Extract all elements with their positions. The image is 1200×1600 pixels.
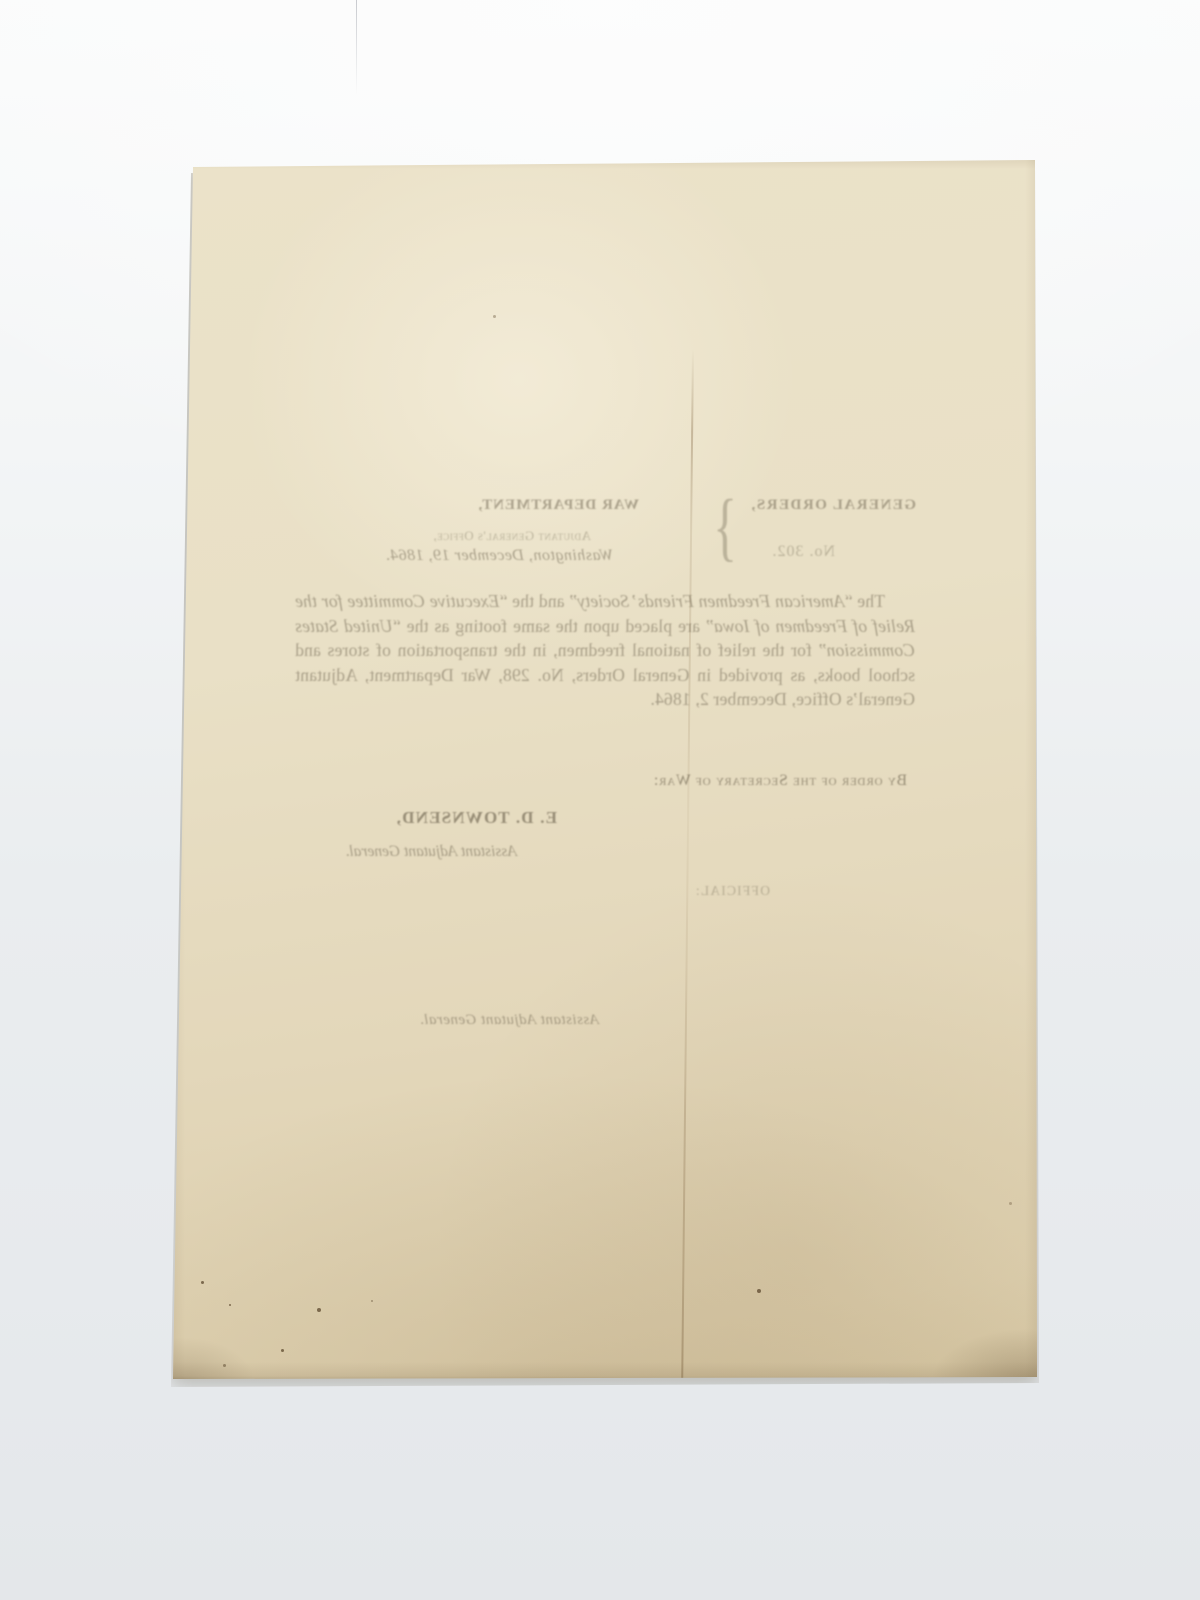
order-body-paragraph: The “American Freedmen Friends’ Society”… (295, 589, 915, 712)
recto-text-mirrored: GENERAL ORDERS, No. 302. } WAR DEPARTMEN… (173, 159, 1037, 1380)
attestation-title: Assistant Adjutant General. (420, 1012, 599, 1029)
department-name: WAR DEPARTMENT, (478, 497, 639, 514)
issuing-office: Adjutant General's Office, (433, 528, 591, 544)
signature-title: Assistant Adjutant General. (345, 843, 517, 861)
order-type-label: GENERAL ORDERS, (750, 497, 916, 514)
by-order-line: By order of the Secretary of War: (653, 772, 907, 790)
order-number: No. 302. (771, 543, 835, 561)
place-dateline: Washington, December 19, 1864. (385, 547, 613, 565)
signature-name: E. D. TOWNSEND, (396, 808, 557, 828)
photo-background: GENERAL ORDERS, No. 302. } WAR DEPARTMEN… (0, 0, 1200, 1600)
background-seam-line (356, 0, 357, 95)
bleed-through-text-layer: GENERAL ORDERS, No. 302. } WAR DEPARTMEN… (173, 159, 1037, 1380)
header-brace: } (713, 483, 737, 573)
document-sheet-verso: GENERAL ORDERS, No. 302. } WAR DEPARTMEN… (173, 159, 1037, 1380)
official-label: OFFICIAL: (695, 883, 770, 899)
